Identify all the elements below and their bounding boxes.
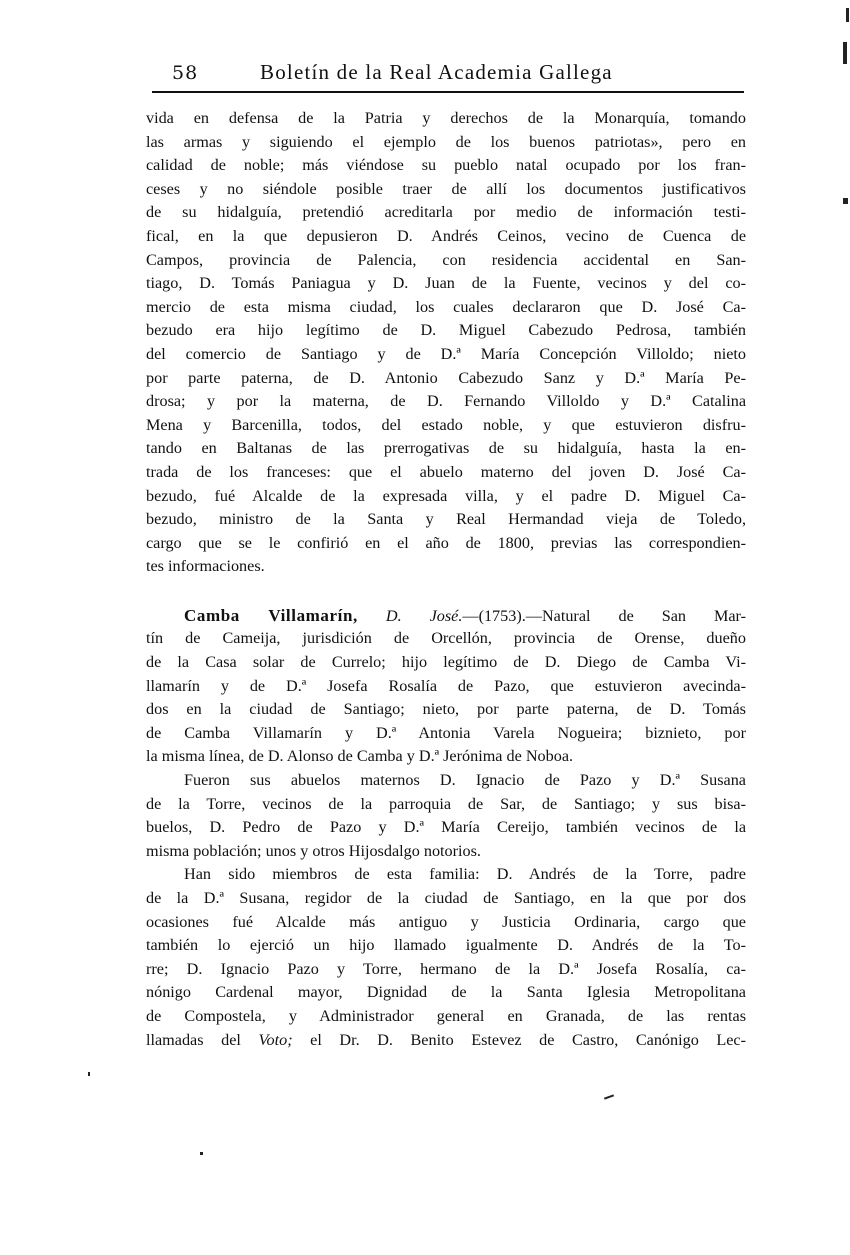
italic-word-voto: Voto; xyxy=(258,1031,292,1049)
text-line: Fueron sus abuelos maternos D. Ignacio d… xyxy=(146,769,746,793)
entry-heading-given-name: D. José. xyxy=(386,607,463,625)
text-line: ocasiones fué Alcalde más antiguo y Just… xyxy=(146,911,746,935)
text-line: buelos, D. Pedro de Pazo y D.ª María Cer… xyxy=(146,816,746,840)
text-line: dos en la ciudad de Santiago; nieto, por… xyxy=(146,698,746,722)
scan-artifact xyxy=(846,8,849,22)
text-line: tín de Cameija, jurisdición de Orcellón,… xyxy=(146,627,746,651)
scan-artifact xyxy=(604,1094,614,1099)
text-line: Mena y Barcenilla, todos, del estado nob… xyxy=(146,414,746,438)
running-head: 58 Boletín de la Real Academia Gallega xyxy=(150,58,745,92)
text-line: de la D.ª Susana, regidor de la ciudad d… xyxy=(146,887,746,911)
text-line: bezudo era hijo legítimo de D. Miguel Ca… xyxy=(146,319,746,343)
scan-artifact xyxy=(200,1152,203,1155)
scan-artifact xyxy=(88,1072,90,1076)
text-line: ceses y no siéndole posible traer de all… xyxy=(146,178,746,202)
text-line: vida en defensa de la Patria y derechos … xyxy=(146,107,746,131)
scan-artifact xyxy=(843,42,847,64)
entry-heading-rest: —(1753).—Natural de San Mar- xyxy=(462,607,746,625)
section-gap xyxy=(146,579,746,604)
text-line: por parte paterna, de D. Antonio Cabezud… xyxy=(146,367,746,391)
text-line: fical, en la que depusieron D. Andrés Ce… xyxy=(146,225,746,249)
text-line: trada de los franceses: que el abuelo ma… xyxy=(146,461,746,485)
paragraph-continued: vida en defensa de la Patria y derechos … xyxy=(146,107,746,579)
text-line: bezudo, ministro de la Santa y Real Herm… xyxy=(146,508,746,532)
entry-heading-line: Camba Villamarín, D. José.—(1753).—Natur… xyxy=(146,604,746,628)
text-line: bezudo, fué Alcalde de la expresada vill… xyxy=(146,485,746,509)
text-line: de su hidalguía, pretendió acreditarla p… xyxy=(146,201,746,225)
body-text: vida en defensa de la Patria y derechos … xyxy=(146,107,746,1052)
text-line: del comercio de Santiago y de D.ª María … xyxy=(146,343,746,367)
text-line: llamadas del Voto; el Dr. D. Benito Este… xyxy=(146,1029,746,1053)
text-line: de la Casa solar de Currelo; hijo legíti… xyxy=(146,651,746,675)
text-line: Campos, provincia de Palencia, con resid… xyxy=(146,249,746,273)
text-line: la misma línea, de D. Alonso de Camba y … xyxy=(146,745,746,769)
text-segment: llamadas del xyxy=(146,1031,258,1049)
text-line: de Camba Villamarín y D.ª Antonia Varela… xyxy=(146,722,746,746)
text-line: llamarín y de D.ª Josefa Rosalía de Pazo… xyxy=(146,675,746,699)
text-line: rre; D. Ignacio Pazo y Torre, hermano de… xyxy=(146,958,746,982)
text-line: de Compostela, y Administrador general e… xyxy=(146,1005,746,1029)
entry-camba-villamarin: Camba Villamarín, D. José.—(1753).—Natur… xyxy=(146,604,746,769)
entry-heading-name: Camba Villamarín, xyxy=(184,606,358,625)
header-rule xyxy=(152,91,744,93)
text-line: también lo ejerció un hijo llamado igual… xyxy=(146,934,746,958)
text-line: de la Torre, vecinos de la parroquia de … xyxy=(146,793,746,817)
paragraph-abuelos: Fueron sus abuelos maternos D. Ignacio d… xyxy=(146,769,746,863)
journal-title: Boletín de la Real Academia Gallega xyxy=(260,60,613,85)
text-line: calidad de noble; más viéndose su pueblo… xyxy=(146,154,746,178)
text-line: drosa; y por la materna, de D. Fernando … xyxy=(146,390,746,414)
text-line: cargo que se le confirió en el año de 18… xyxy=(146,532,746,556)
scan-artifact xyxy=(843,198,848,204)
text-line: Han sido miembros de esta familia: D. An… xyxy=(146,863,746,887)
document-page: 58 Boletín de la Real Academia Gallega v… xyxy=(0,0,850,1255)
text-line: tando en Baltanas de las prerrogativas d… xyxy=(146,437,746,461)
text-segment: el Dr. D. Benito Estevez de Castro, Canó… xyxy=(293,1031,746,1049)
text-line: mercio de esta misma ciudad, los cuales … xyxy=(146,296,746,320)
page-number: 58 xyxy=(172,62,198,84)
text-line: las armas y siguiendo el ejemplo de los … xyxy=(146,131,746,155)
text-line: nónigo Cardenal mayor, Dignidad de la Sa… xyxy=(146,981,746,1005)
paragraph-miembros: Han sido miembros de esta familia: D. An… xyxy=(146,863,746,1052)
text-line: tes informaciones. xyxy=(146,555,746,579)
text-line: misma población; unos y otros Hijosdalgo… xyxy=(146,840,746,864)
text-line: tiago, D. Tomás Paniagua y D. Juan de la… xyxy=(146,272,746,296)
